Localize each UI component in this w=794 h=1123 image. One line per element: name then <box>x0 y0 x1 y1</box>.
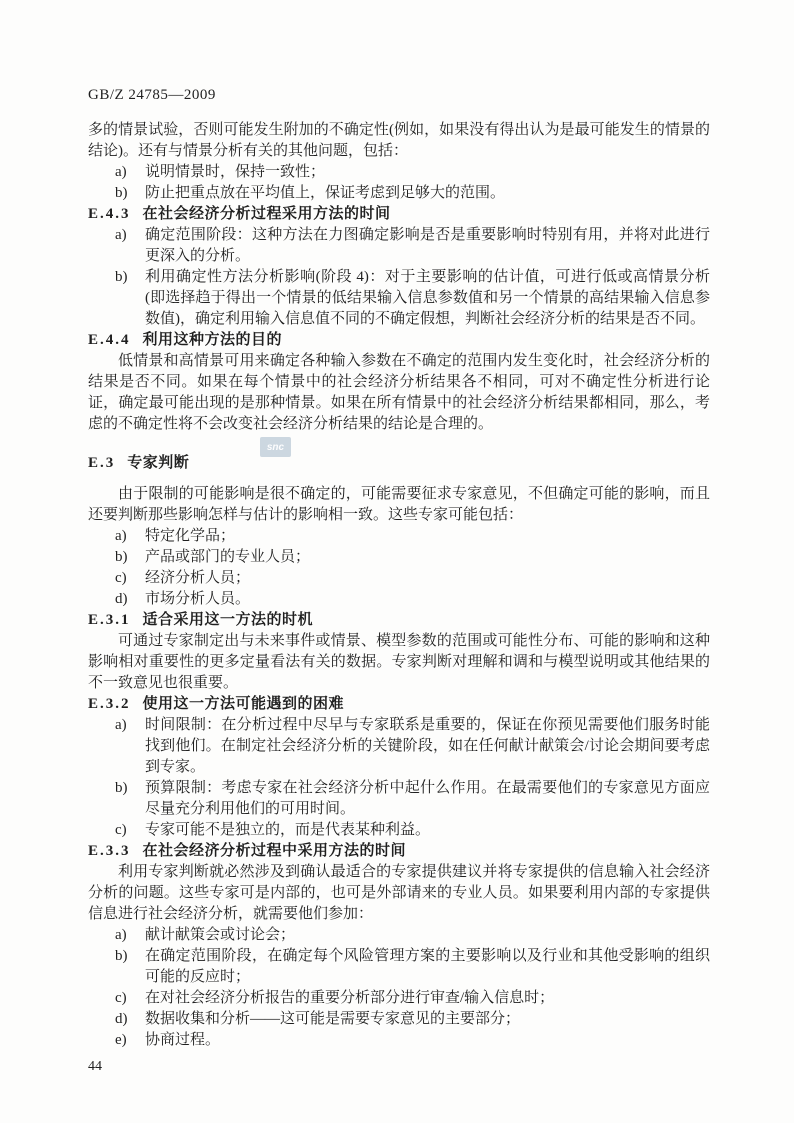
list-item-text: 经济分析人员； <box>145 570 250 586</box>
section-heading-e3: E.3专家判断 <box>88 453 710 474</box>
standard-number-header: GB/Z 24785—2009 <box>88 85 710 106</box>
list-item: c) 经济分析人员； <box>88 568 710 589</box>
list-item: b) 预算限制：考虑专家在社会经济分析中起什么作用。在最需要他们的专家意见方面应… <box>88 778 710 820</box>
list-item-label: b) <box>115 183 128 204</box>
list-item-text: 市场分析人员。 <box>145 591 250 607</box>
list-item-text: 专家可能不是独立的，而是代表某种利益。 <box>145 822 430 838</box>
paragraph: 低情景和高情景可用来确定各种输入参数在不确定的范围内发生变化时，社会经济分析的结… <box>88 351 710 435</box>
list-item-label: a) <box>115 715 127 736</box>
list-item-text: 确定范围阶段：这种方法在力图确定影响是否是重要影响时特别有用，并将对此进行更深入… <box>145 227 710 264</box>
list-item-text: 产品或部门的专业人员； <box>145 549 310 565</box>
list-item-label: c) <box>115 820 127 841</box>
list-item: b) 防止把重点放在平均值上，保证考虑到足够大的范围。 <box>88 183 710 204</box>
section-number: E.3 <box>88 455 115 471</box>
list-item-label: a) <box>115 526 127 547</box>
list-item-label: a) <box>115 925 127 946</box>
list-item-text: 利用确定性方法分析影响(阶段 4)：对于主要影响的估计值，可进行低或高情景分析(… <box>145 269 710 327</box>
list-item: a) 确定范围阶段：这种方法在力图确定影响是否是重要影响时特别有用，并将对此进行… <box>88 225 710 267</box>
list-item: a) 时间限制：在分析过程中尽早与专家联系是重要的，保证在你预见需要他们服务时能… <box>88 715 710 778</box>
list-item-label: b) <box>115 778 128 799</box>
paragraph: 由于限制的可能影响是很不确定的，可能需要征求专家意见，不但确定可能的影响，而且还… <box>88 484 710 526</box>
list-item: b) 在确定范围阶段，在确定每个风险管理方案的主要影响以及行业和其他受影响的组织… <box>88 946 710 988</box>
list-item-label: e) <box>115 1030 127 1051</box>
list-item: c) 在对社会经济分析报告的重要分析部分进行审查/输入信息时； <box>88 988 710 1009</box>
list-item-text: 在对社会经济分析报告的重要分析部分进行审查/输入信息时； <box>145 990 554 1006</box>
list-item-label: c) <box>115 988 127 1009</box>
paragraph-continued: 多的情景试验，否则可能发生附加的不确定性(例如，如果没有得出认为是最可能发生的情… <box>88 120 710 162</box>
section-heading-e43: E.4.3在社会经济分析过程采用方法的时间 <box>88 204 710 225</box>
list-item-text: 说明情景时，保持一致性； <box>145 164 325 180</box>
list-item-text: 献计献策会或讨论会； <box>145 927 295 943</box>
list-item: b) 利用确定性方法分析影响(阶段 4)：对于主要影响的估计值，可进行低或高情景… <box>88 267 710 330</box>
section-heading-e32: E.3.2使用这一方法可能遇到的困难 <box>88 694 710 715</box>
list-item-text: 在确定范围阶段，在确定每个风险管理方案的主要影响以及行业和其他受影响的组织可能的… <box>145 948 710 985</box>
section-heading-e31: E.3.1适合采用这一方法的时机 <box>88 610 710 631</box>
page-number: 44 <box>88 1056 710 1077</box>
list-item-text: 协商过程。 <box>145 1032 220 1048</box>
paragraph: 可通过专家制定出与未来事件或情景、模型参数的范围或可能性分布、可能的影响和这种影… <box>88 631 710 694</box>
list-item-label: a) <box>115 225 127 246</box>
list-item-label: c) <box>115 568 127 589</box>
list-item-text: 数据收集和分析——这可能是需要专家意见的主要部分； <box>145 1011 520 1027</box>
list-item-text: 预算限制：考虑专家在社会经济分析中起什么作用。在最需要他们的专家意见方面应尽量充… <box>145 780 710 817</box>
list-item-label: b) <box>115 547 128 568</box>
list-item-text: 时间限制：在分析过程中尽早与专家联系是重要的，保证在你预见需要他们服务时能找到他… <box>145 717 710 775</box>
list-item-label: d) <box>115 589 128 610</box>
list-item-text: 特定化学品； <box>145 528 235 544</box>
list-item: e) 协商过程。 <box>88 1030 710 1051</box>
section-heading-e33: E.3.3在社会经济分析过程中采用方法的时间 <box>88 841 710 862</box>
section-number: E.3.2 <box>88 696 131 712</box>
list-item: a) 献计献策会或讨论会； <box>88 925 710 946</box>
section-title: 使用这一方法可能遇到的困难 <box>143 696 345 712</box>
section-number: E.4.3 <box>88 206 131 222</box>
section-title: 专家判断 <box>127 455 189 471</box>
list-item-label: b) <box>115 946 128 967</box>
list-item-label: a) <box>115 162 127 183</box>
paragraph: 利用专家判断就必然涉及到确认最适合的专家提供建议并将专家提供的信息输入社会经济分… <box>88 862 710 925</box>
list-item: d) 数据收集和分析——这可能是需要专家意见的主要部分； <box>88 1009 710 1030</box>
section-title: 利用这种方法的目的 <box>143 332 283 348</box>
section-number: E.4.4 <box>88 332 131 348</box>
list-item-text: 防止把重点放在平均值上，保证考虑到足够大的范围。 <box>145 185 505 201</box>
list-item-label: d) <box>115 1009 128 1030</box>
list-item: c) 专家可能不是独立的，而是代表某种利益。 <box>88 820 710 841</box>
list-item: a) 特定化学品； <box>88 526 710 547</box>
list-item: d) 市场分析人员。 <box>88 589 710 610</box>
section-title: 适合采用这一方法的时机 <box>143 612 314 628</box>
section-heading-e44: E.4.4利用这种方法的目的 <box>88 330 710 351</box>
list-item: a) 说明情景时，保持一致性； <box>88 162 710 183</box>
list-item-label: b) <box>115 267 128 288</box>
document-page: snc GB/Z 24785—2009 多的情景试验，否则可能发生附加的不确定性… <box>0 0 794 1123</box>
section-title: 在社会经济分析过程采用方法的时间 <box>143 206 391 222</box>
section-title: 在社会经济分析过程中采用方法的时间 <box>143 843 407 859</box>
section-number: E.3.3 <box>88 843 131 859</box>
section-number: E.3.1 <box>88 612 131 628</box>
list-item: b) 产品或部门的专业人员； <box>88 547 710 568</box>
